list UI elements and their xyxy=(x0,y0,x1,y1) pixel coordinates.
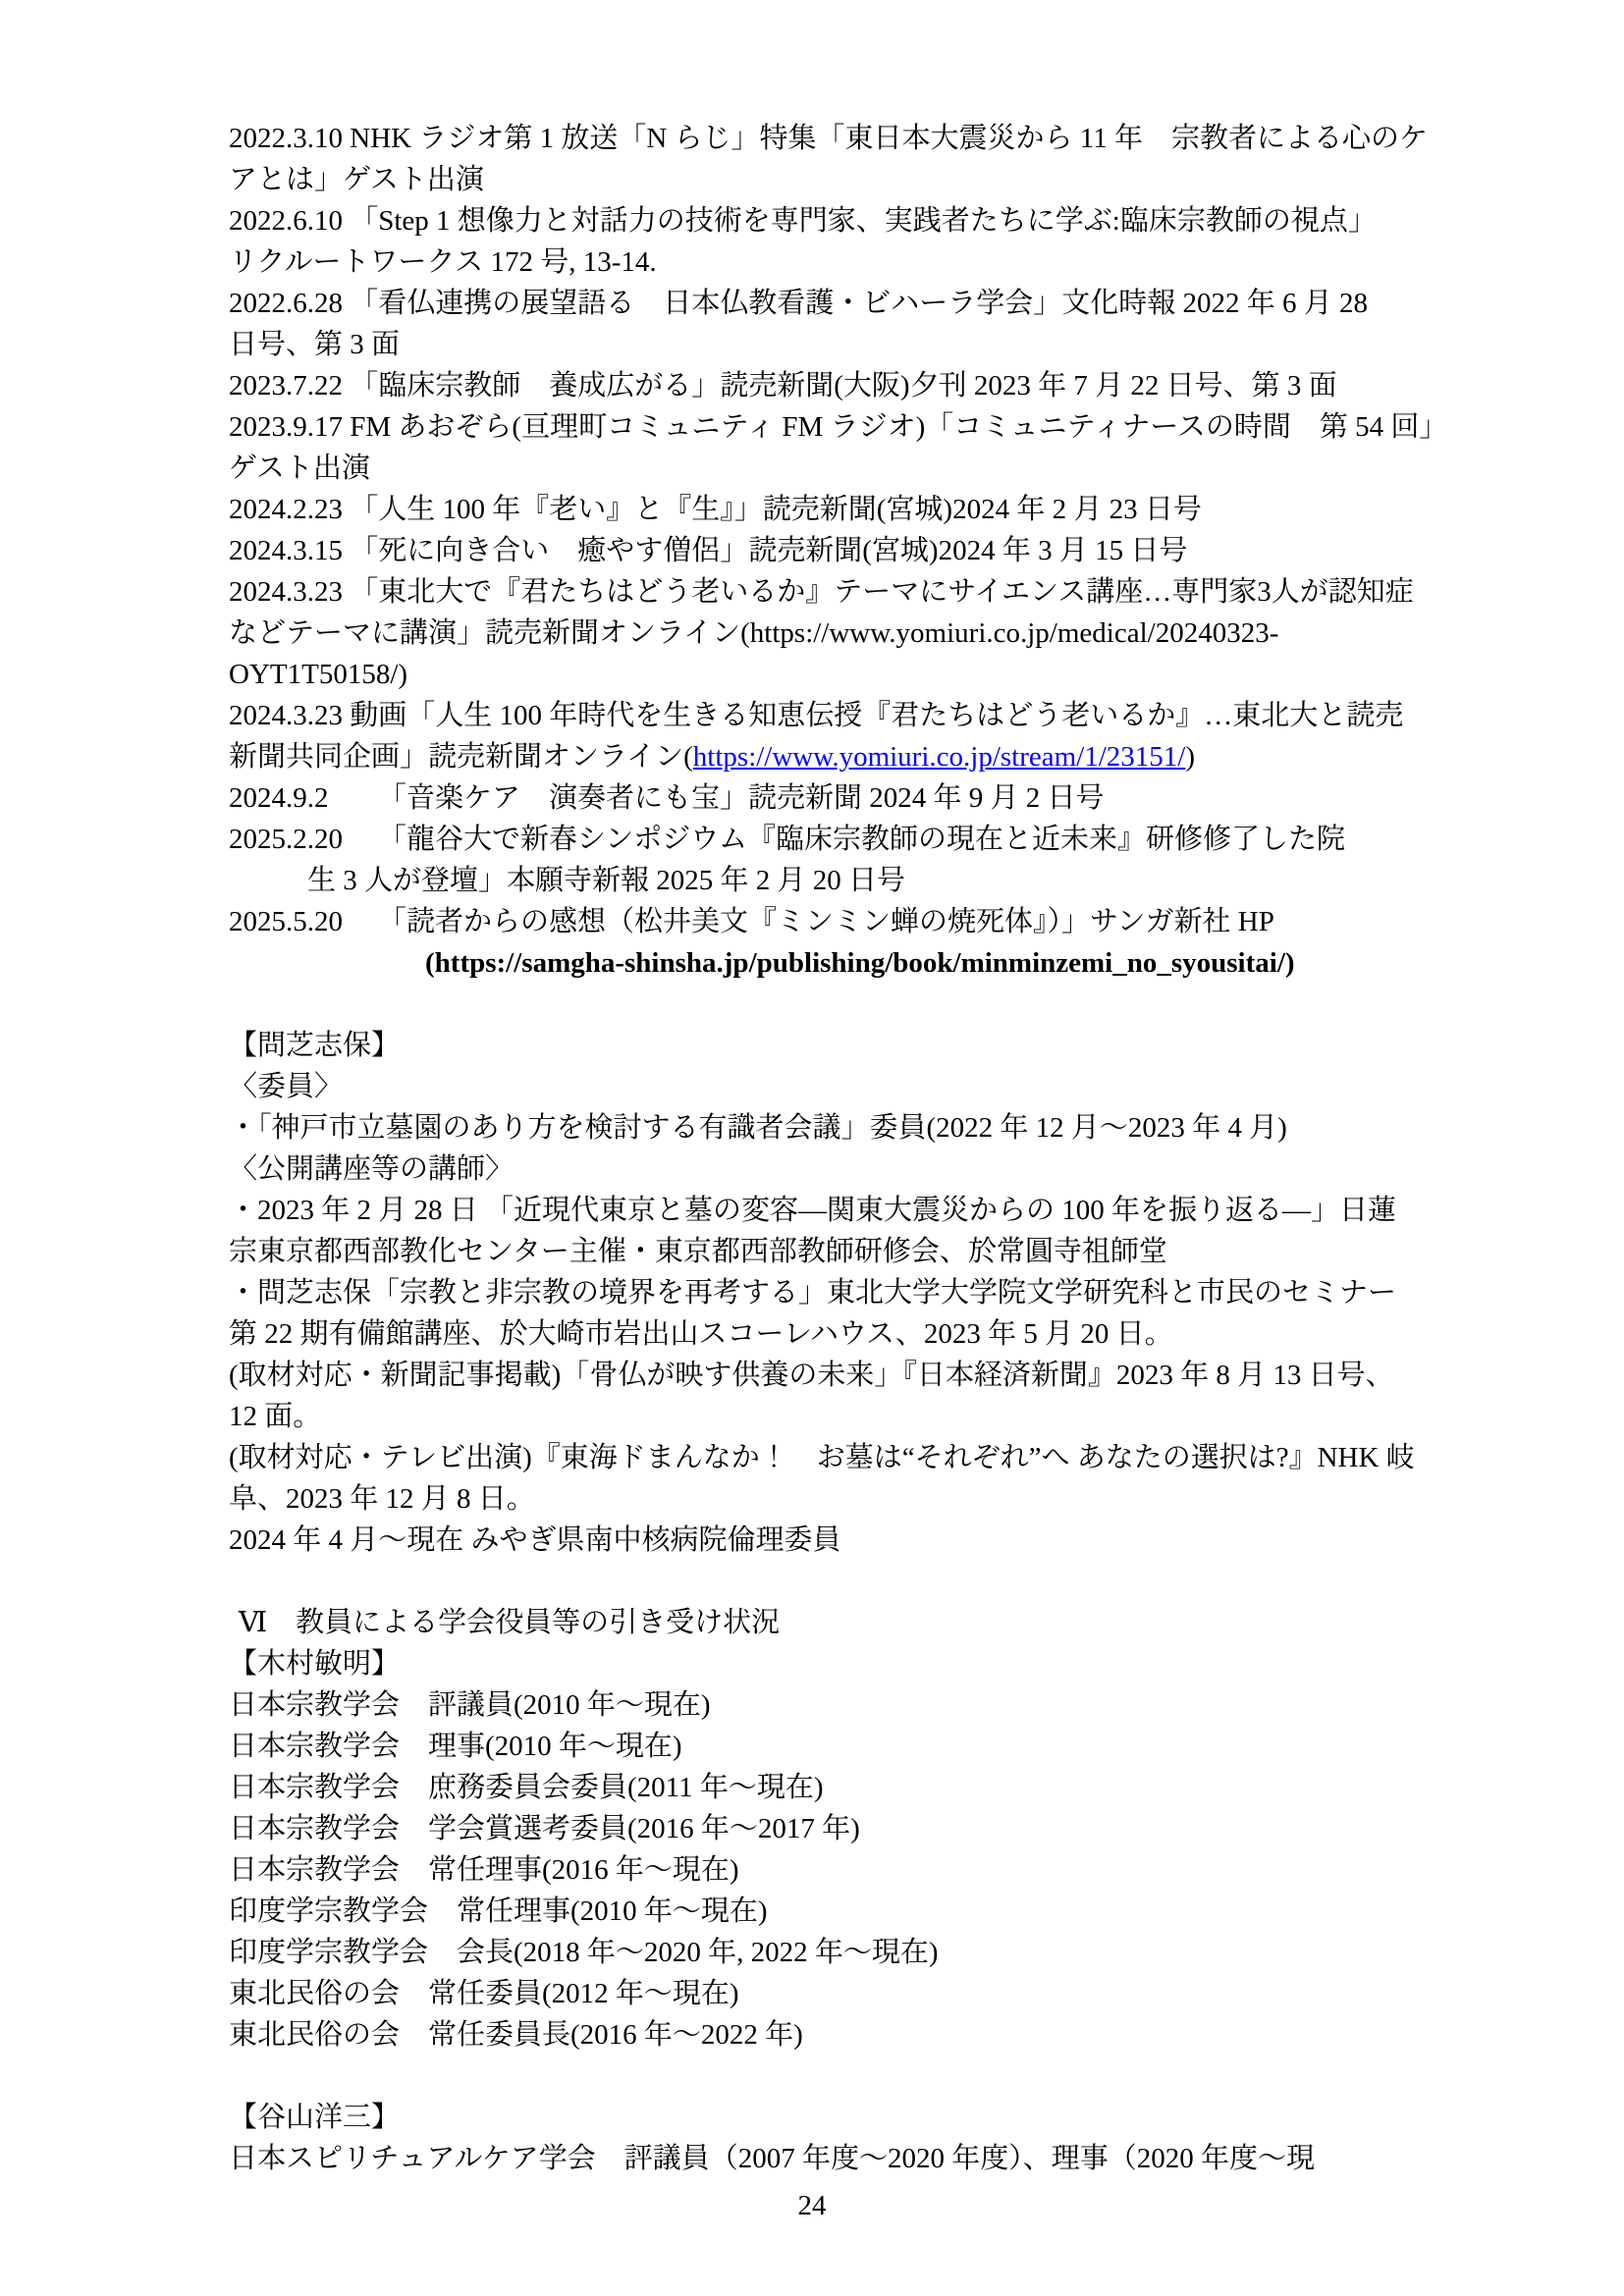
text-line: 2022.6.28 「看仏連携の展望語る 日本仏教看護・ビハーラ学会」文化時報 … xyxy=(229,283,1397,324)
text-line: (取材対応・テレビ出演)『東海ドまんなか！ お墓は“それぞれ”へ あなたの選択は… xyxy=(229,1437,1397,1478)
text-segment: 〈委員〉 xyxy=(229,1071,343,1102)
text-line: 阜、2023 年 12 月 8 日。 xyxy=(229,1478,1397,1520)
text-segment: 日本スピリチュアルケア学会 評議員（2007 年度～2020 年度）、理事（20… xyxy=(229,2143,1315,2174)
text-line: Ⅵ 教員による学会役員等の引き受け状況 xyxy=(229,1602,1397,1643)
text-line: 2025.5.20「読者からの感想（松井美文『ミンミン蝉の焼死体』）」サンガ新社… xyxy=(229,901,1397,942)
text-line: (取材対応・新聞記事掲載)「骨仏が映す供養の未来」『日本経済新聞』2023 年 … xyxy=(229,1355,1397,1396)
text-line: 2024.3.23 動画「人生 100 年時代を生きる知恵伝授『君たちはどう老い… xyxy=(229,695,1397,736)
text-segment: 第 22 期有備館講座、於大崎市岩出山スコーレハウス、2023 年 5 月 20… xyxy=(229,1318,1173,1350)
text-line: 日本宗教学会 庶務委員会委員(2011 年～現在) xyxy=(229,1767,1397,1808)
text-line: 宗東京都西部教化センター主催・東京都西部教師研修会、於常圓寺祖師堂 xyxy=(229,1231,1397,1272)
text-line: ・問芝志保「宗教と非宗教の境界を再考する」東北大学大学院文学研究科と市民のセミナ… xyxy=(229,1272,1397,1313)
text-line: 東北民俗の会 常任委員長(2016 年～2022 年) xyxy=(229,2014,1397,2056)
text-segment: 2024.3.23 「東北大で『君たちはどう老いるか』テーマにサイエンス講座…専… xyxy=(229,576,1414,608)
text-segment: アとは」ゲスト出演 xyxy=(229,164,484,195)
text-line: 生 3 人が登壇」本願寺新報 2025 年 2 月 20 日号 xyxy=(229,860,1397,901)
text-line: などテーマに講演」読売新聞オンライン(https://www.yomiuri.c… xyxy=(229,613,1397,654)
text-segment: Ⅵ 教員による学会役員等の引き受け状況 xyxy=(239,1607,780,1638)
text-line: 2024 年 4 月～現在 みやぎ県南中核病院倫理委員 xyxy=(229,1520,1397,1561)
entry-date: 2025.2.20 xyxy=(229,819,378,860)
text-segment: 2024.3.15 「死に向き合い 癒やす僧侶」読売新聞(宮城)2024 年 3… xyxy=(229,535,1187,566)
text-segment: 2024.2.23 「人生 100 年『老い』と『生』」読売新聞(宮城)2024… xyxy=(229,494,1202,525)
text-line: 印度学宗教学会 会長(2018 年～2020 年, 2022 年～現在) xyxy=(229,1932,1397,1973)
text-segment: 〈公開講座等の講師〉 xyxy=(229,1153,514,1185)
text-segment: ・「神戸市立墓園のあり方を検討する有識者会議」委員(2022 年 12 月～20… xyxy=(229,1112,1287,1144)
text-line: 【問芝志保】 xyxy=(229,1025,1397,1066)
text-segment: 阜、2023 年 12 月 8 日。 xyxy=(229,1483,535,1515)
text-line: 印度学宗教学会 常任理事(2010 年～現在) xyxy=(229,1891,1397,1932)
text-line: 日号、第 3 面 xyxy=(229,324,1397,365)
text-segment: OYT1T50158/) xyxy=(229,659,407,690)
text-line: ゲスト出演 xyxy=(229,448,1397,489)
text-segment: 「読者からの感想（松井美文『ミンミン蝉の焼死体』）」サンガ新社 HP xyxy=(378,906,1274,937)
text-segment: 日号、第 3 面 xyxy=(229,329,400,360)
text-line: 【木村敏明】 xyxy=(229,1643,1397,1684)
text-line: 日本スピリチュアルケア学会 評議員（2007 年度～2020 年度）、理事（20… xyxy=(229,2138,1397,2179)
text-line: 新聞共同企画」読売新聞オンライン(https://www.yomiuri.co.… xyxy=(229,736,1397,777)
blank-line xyxy=(229,2056,1397,2097)
text-line: (https://samgha-shinsha.jp/publishing/bo… xyxy=(229,942,1397,984)
text-line: 日本宗教学会 理事(2010 年～現在) xyxy=(229,1726,1397,1767)
yomiuri-stream-hyperlink[interactable]: https://www.yomiuri.co.jp/stream/1/23151… xyxy=(693,741,1186,773)
blank-line xyxy=(229,1561,1397,1602)
text-segment: 2023.7.22 「臨床宗教師 養成広がる」読売新聞(大阪)夕刊 2023 年… xyxy=(229,370,1337,401)
text-segment: 2024 年 4 月～現在 みやぎ県南中核病院倫理委員 xyxy=(229,1524,841,1556)
text-segment: 日本宗教学会 評議員(2010 年～現在) xyxy=(229,1689,711,1721)
document-content: 2022.3.10 NHK ラジオ第 1 放送「N らじ」特集「東日本大震災から… xyxy=(229,118,1397,2179)
text-line: 〈委員〉 xyxy=(229,1066,1397,1107)
text-line: リクルートワークス 172 号, 13-14. xyxy=(229,241,1397,283)
text-line: ・「神戸市立墓園のあり方を検討する有識者会議」委員(2022 年 12 月～20… xyxy=(229,1107,1397,1148)
text-line: ・2023 年 2 月 28 日 「近現代東京と墓の変容―関東大震災からの 10… xyxy=(229,1190,1397,1231)
text-segment: 印度学宗教学会 常任理事(2010 年～現在) xyxy=(229,1896,768,1927)
blank-line xyxy=(229,984,1397,1025)
text-segment: 2024.3.23 動画「人生 100 年時代を生きる知恵伝授『君たちはどう老い… xyxy=(229,700,1403,731)
text-segment: 2022.3.10 NHK ラジオ第 1 放送「N らじ」特集「東日本大震災から… xyxy=(229,123,1428,154)
text-line: 【谷山洋三】 xyxy=(229,2097,1397,2138)
text-segment: 「龍谷大で新春シンポジウム『臨床宗教師の現在と近未来』研修修了した院 xyxy=(378,824,1345,855)
text-line: 12 面。 xyxy=(229,1396,1397,1437)
text-segment: 【谷山洋三】 xyxy=(229,2102,400,2133)
text-line: 2024.9.2「音楽ケア 演奏者にも宝」読売新聞 2024 年 9 月 2 日… xyxy=(229,777,1397,819)
text-line: 第 22 期有備館講座、於大崎市岩出山スコーレハウス、2023 年 5 月 20… xyxy=(229,1313,1397,1355)
text-segment: 【木村敏明】 xyxy=(229,1648,400,1680)
text-segment: 12 面。 xyxy=(229,1401,321,1432)
text-segment: 「音楽ケア 演奏者にも宝」読売新聞 2024 年 9 月 2 日号 xyxy=(378,782,1105,814)
document-page: 2022.3.10 NHK ラジオ第 1 放送「N らじ」特集「東日本大震災から… xyxy=(0,0,1624,2296)
text-segment: ・問芝志保「宗教と非宗教の境界を再考する」東北大学大学院文学研究科と市民のセミナ… xyxy=(229,1277,1396,1308)
text-segment: 2023.9.17 FM あおぞら(亘理町コミュニティ FM ラジオ)「コミュニ… xyxy=(229,411,1447,443)
text-line: 日本宗教学会 学会賞選考委員(2016 年～2017 年) xyxy=(229,1808,1397,1849)
text-segment: 日本宗教学会 学会賞選考委員(2016 年～2017 年) xyxy=(229,1813,860,1844)
text-line: 2024.3.15 「死に向き合い 癒やす僧侶」読売新聞(宮城)2024 年 3… xyxy=(229,530,1397,571)
page-number: 24 xyxy=(0,2185,1624,2226)
text-segment: ) xyxy=(1185,741,1195,773)
text-segment: 生 3 人が登壇」本願寺新報 2025 年 2 月 20 日号 xyxy=(307,865,905,896)
text-line: 日本宗教学会 評議員(2010 年～現在) xyxy=(229,1684,1397,1726)
text-segment: (取材対応・新聞記事掲載)「骨仏が映す供養の未来」『日本経済新聞』2023 年 … xyxy=(229,1360,1394,1391)
text-line: 2024.2.23 「人生 100 年『老い』と『生』」読売新聞(宮城)2024… xyxy=(229,489,1397,530)
text-segment: 新聞共同企画」読売新聞オンライン( xyxy=(229,741,693,773)
text-line: 2025.2.20「龍谷大で新春シンポジウム『臨床宗教師の現在と近未来』研修修了… xyxy=(229,819,1397,860)
text-line: 2023.7.22 「臨床宗教師 養成広がる」読売新聞(大阪)夕刊 2023 年… xyxy=(229,365,1397,406)
text-line: 〈公開講座等の講師〉 xyxy=(229,1148,1397,1190)
text-segment: 【問芝志保】 xyxy=(229,1030,400,1061)
text-segment: (取材対応・テレビ出演)『東海ドまんなか！ お墓は“それぞれ”へ あなたの選択は… xyxy=(229,1442,1415,1473)
text-line: 2022.6.10 「Step 1 想像力と対話力の技術を専門家、実践者たちに学… xyxy=(229,200,1397,241)
text-line: 2023.9.17 FM あおぞら(亘理町コミュニティ FM ラジオ)「コミュニ… xyxy=(229,406,1397,448)
text-segment: 2022.6.28 「看仏連携の展望語る 日本仏教看護・ビハーラ学会」文化時報 … xyxy=(229,288,1368,319)
text-line: 2022.3.10 NHK ラジオ第 1 放送「N らじ」特集「東日本大震災から… xyxy=(229,118,1397,159)
text-segment: 東北民俗の会 常任委員長(2016 年～2022 年) xyxy=(229,2019,803,2051)
text-segment: (https://samgha-shinsha.jp/publishing/bo… xyxy=(425,947,1295,979)
text-segment: 日本宗教学会 常任理事(2016 年～現在) xyxy=(229,1854,739,1886)
text-segment: 印度学宗教学会 会長(2018 年～2020 年, 2022 年～現在) xyxy=(229,1937,939,1968)
text-segment: ゲスト出演 xyxy=(229,453,370,484)
text-segment: 東北民俗の会 常任委員(2012 年～現在) xyxy=(229,1978,739,2009)
text-segment: 日本宗教学会 理事(2010 年～現在) xyxy=(229,1731,682,1762)
text-segment: 2022.6.10 「Step 1 想像力と対話力の技術を専門家、実践者たちに学… xyxy=(229,205,1377,237)
text-segment: 日本宗教学会 庶務委員会委員(2011 年～現在) xyxy=(229,1772,824,1803)
text-line: アとは」ゲスト出演 xyxy=(229,159,1397,200)
text-segment: リクルートワークス 172 号, 13-14. xyxy=(229,246,657,278)
text-line: 2024.3.23 「東北大で『君たちはどう老いるか』テーマにサイエンス講座…専… xyxy=(229,571,1397,613)
text-line: 東北民俗の会 常任委員(2012 年～現在) xyxy=(229,1973,1397,2014)
text-line: 日本宗教学会 常任理事(2016 年～現在) xyxy=(229,1849,1397,1891)
text-segment: などテーマに講演」読売新聞オンライン(https://www.yomiuri.c… xyxy=(229,617,1278,649)
entry-date: 2025.5.20 xyxy=(229,901,378,942)
text-segment: ・2023 年 2 月 28 日 「近現代東京と墓の変容―関東大震災からの 10… xyxy=(229,1195,1396,1226)
text-segment: 宗東京都西部教化センター主催・東京都西部教師研修会、於常圓寺祖師堂 xyxy=(229,1236,1167,1267)
text-line: OYT1T50158/) xyxy=(229,654,1397,695)
entry-date: 2024.9.2 xyxy=(229,777,378,819)
